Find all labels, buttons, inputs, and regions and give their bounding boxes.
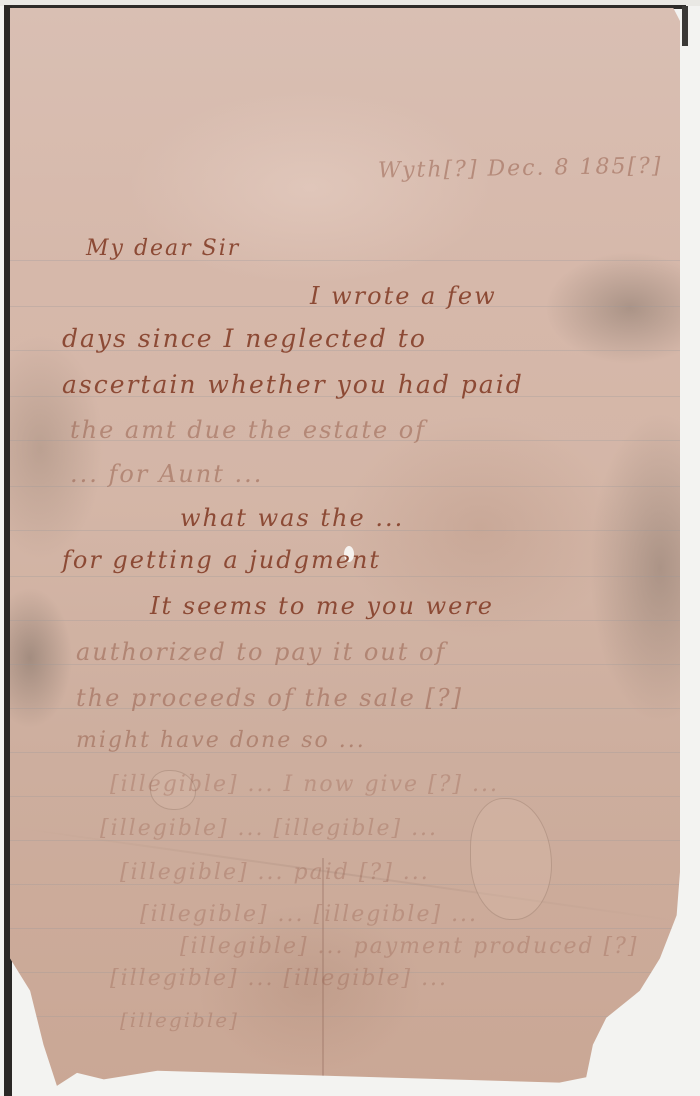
letter-line: days since I neglected to bbox=[62, 324, 427, 353]
letter-line: ... for Aunt ... bbox=[70, 460, 263, 488]
letter-line: the proceeds of the sale [?] bbox=[76, 684, 463, 712]
letter-line: [illegible] ... [illegible] ... bbox=[140, 902, 478, 927]
letter-line: might have done so ... bbox=[76, 728, 366, 753]
letter-dateline: Wyth[?] Dec. 8 185[?] bbox=[378, 154, 663, 184]
letter-line: authorized to pay it out of bbox=[76, 638, 446, 666]
ruled-line bbox=[10, 620, 680, 621]
ruled-line bbox=[10, 1016, 680, 1017]
letter-paper: Wyth[?] Dec. 8 185[?] My dear Sir I wrot… bbox=[10, 8, 680, 1088]
letter-line: [illegible] ... paid [?] ... bbox=[120, 860, 430, 885]
letter-line: [illegible] bbox=[120, 1008, 239, 1032]
letter-line: what was the ... bbox=[180, 504, 404, 532]
ruled-line bbox=[10, 576, 680, 577]
letter-line: It seems to me you were bbox=[150, 592, 494, 620]
letter-line: [illegible] ... payment produced [?] bbox=[180, 934, 639, 959]
letter-line: the amt due the estate of bbox=[70, 416, 426, 444]
letter-salutation: My dear Sir bbox=[86, 236, 240, 261]
scanned-page: Wyth[?] Dec. 8 185[?] My dear Sir I wrot… bbox=[0, 0, 700, 1096]
ruled-line bbox=[10, 928, 680, 929]
scanner-edge-right bbox=[682, 6, 688, 46]
letter-line: for getting a judgment bbox=[62, 546, 381, 574]
letter-line: [illegible] ... [illegible] ... bbox=[100, 816, 438, 841]
paper-tear bbox=[470, 798, 552, 920]
letter-line: ascertain whether you had paid bbox=[62, 370, 524, 399]
letter-line: [illegible] ... I now give [?] ... bbox=[110, 772, 499, 797]
letter-line: [illegible] ... [illegible] ... bbox=[110, 966, 448, 991]
letter-line: I wrote a few bbox=[310, 282, 497, 310]
